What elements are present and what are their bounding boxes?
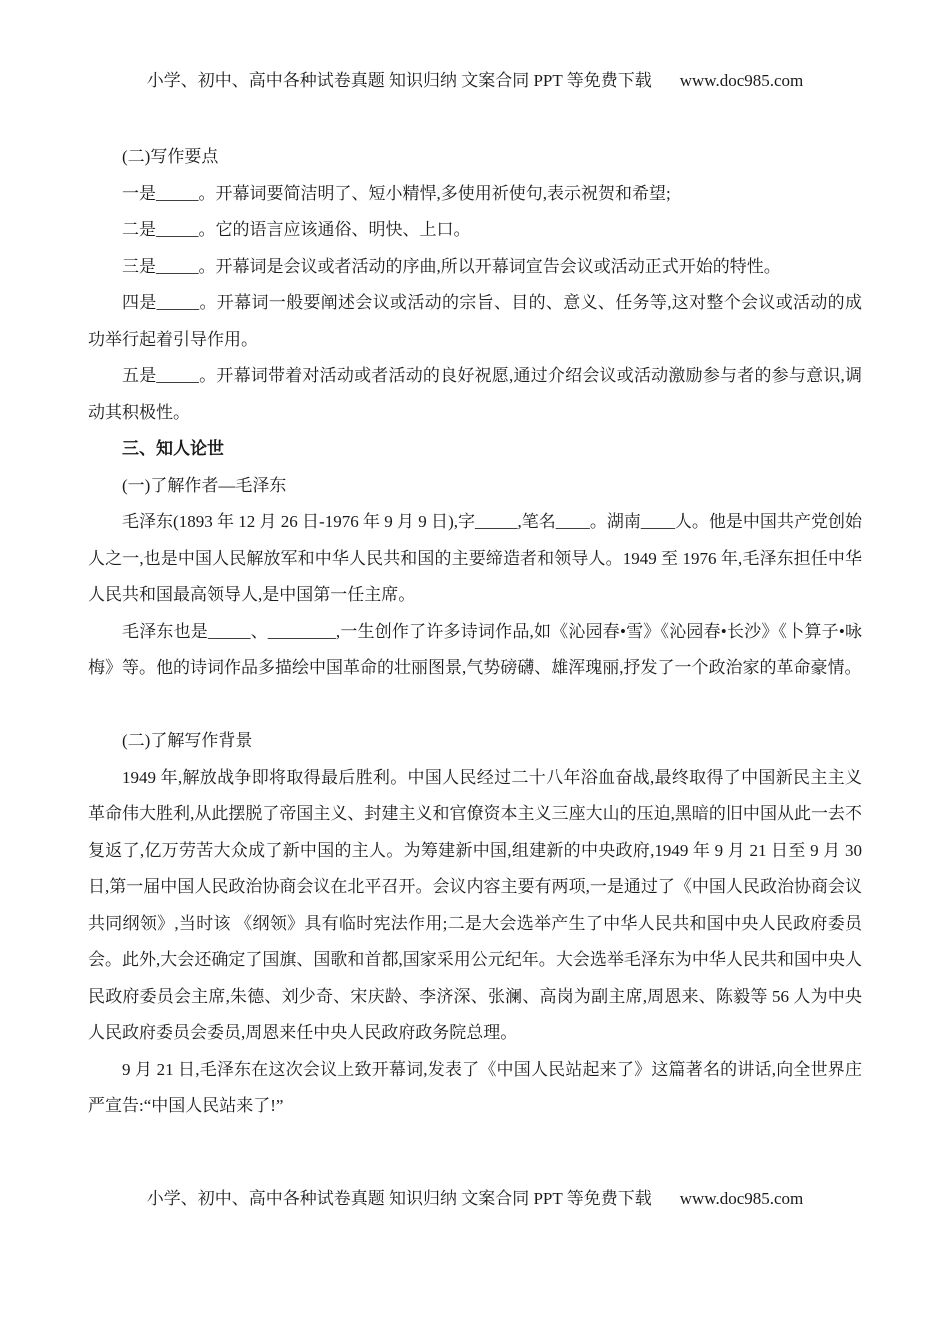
para-point-1: 一是_____。开幕词要简洁明了、短小精悍,多使用祈使句,表示祝贺和希望;	[88, 176, 862, 213]
header-site-url: www.doc985.com	[680, 71, 804, 90]
document-body: (二)写作要点 一是_____。开幕词要简洁明了、短小精悍,多使用祈使句,表示祝…	[88, 139, 862, 1125]
para-point-5: 五是_____。开幕词带着对活动或者活动的良好祝愿,通过介绍会议或活动激励参与者…	[88, 358, 862, 431]
para-writing-points-heading: (二)写作要点	[88, 139, 862, 176]
para-point-4: 四是_____。开幕词一般要阐述会议或活动的宗旨、目的、意义、任务等,这对整个会…	[88, 285, 862, 358]
page-header: 小学、初中、高中各种试卷真题 知识归纳 文案合同 PPT 等免费下载www.do…	[0, 66, 950, 91]
para-background-2: 9 月 21 日,毛泽东在这次会议上致开幕词,发表了《中国人民站起来了》这篇著名…	[88, 1052, 862, 1125]
para-point-2: 二是_____。它的语言应该通俗、明快、上口。	[88, 212, 862, 249]
para-point-3: 三是_____。开幕词是会议或者活动的序曲,所以开幕词宣告会议或活动正式开始的特…	[88, 249, 862, 286]
footer-site-text: 小学、初中、高中各种试卷真题 知识归纳 文案合同 PPT 等免费下载	[147, 1189, 652, 1208]
header-site-text: 小学、初中、高中各种试卷真题 知识归纳 文案合同 PPT 等免费下载	[147, 71, 652, 90]
para-subheading-background: (二)了解写作背景	[88, 723, 862, 760]
para-author-bio-2: 毛泽东也是_____、________,一生创作了许多诗词作品,如《沁园春•雪》…	[88, 614, 862, 687]
para-blank-line	[88, 687, 862, 724]
para-section-heading-knowing-author: 三、知人论世	[88, 431, 862, 468]
para-background-1: 1949 年,解放战争即将取得最后胜利。中国人民经过二十八年浴血奋战,最终取得了…	[88, 760, 862, 1052]
para-subheading-about-author: (一)了解作者—毛泽东	[88, 468, 862, 505]
para-author-bio-1: 毛泽东(1893 年 12 月 26 日-1976 年 9 月 9 日),字__…	[88, 504, 862, 614]
footer-site-url: www.doc985.com	[680, 1189, 804, 1208]
page-footer: 小学、初中、高中各种试卷真题 知识归纳 文案合同 PPT 等免费下载www.do…	[0, 1184, 950, 1209]
